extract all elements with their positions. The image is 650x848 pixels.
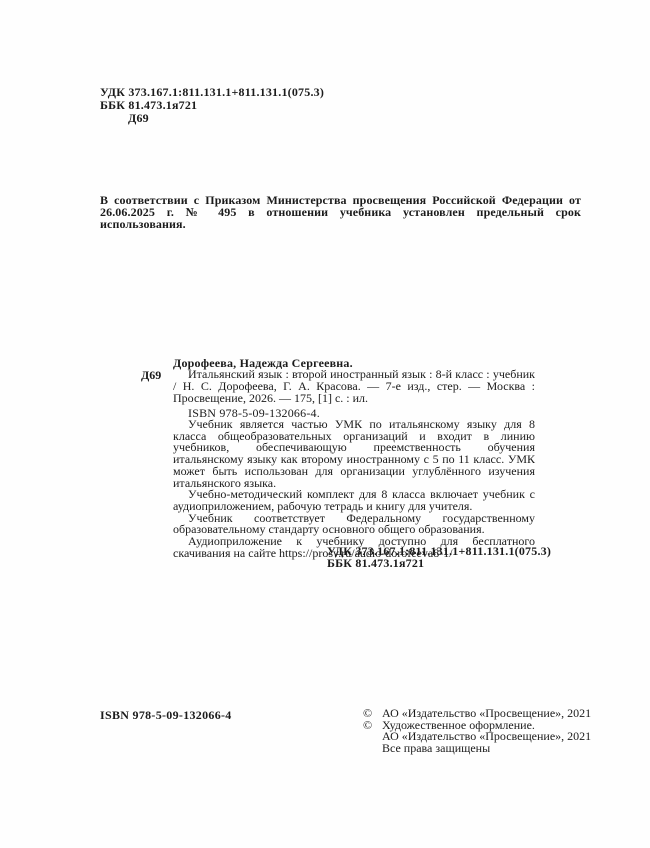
- copyright-symbol: [363, 731, 382, 743]
- copyright-block: © АО «Издательство «Просвещение», 2021 ©…: [363, 708, 591, 754]
- annotation-paragraph-fgos: Учебник соответствует Федеральному госуд…: [173, 513, 535, 536]
- annotation-paragraph-umk: Учебник является частью УМК по итальянск…: [173, 419, 535, 489]
- author-sign: Д69: [128, 112, 324, 125]
- footer-isbn: ISBN 978-5-09-132066-4: [100, 708, 232, 723]
- annotation-block: Учебник является частью УМК по итальянск…: [173, 419, 535, 559]
- bottom-classification-codes: УДК 373.167.1:811.131.1+811.131.1(075.3)…: [327, 546, 551, 570]
- usage-term-notice: В соответствии с Приказом Министерства п…: [100, 194, 581, 231]
- card-author-sign: Д69: [141, 369, 161, 381]
- card-bibliographic-description: Итальянский язык : второй иностранный яз…: [173, 369, 535, 404]
- annotation-paragraph-kit: Учебно-методический комплект для 8 класс…: [173, 489, 535, 512]
- bottom-bbk-code: ББК 81.473.1я721: [327, 558, 551, 570]
- catalog-card: Д69 Дорофеева, Надежда Сергеевна. Италья…: [141, 357, 535, 419]
- copyright-line: Все права защищены: [363, 743, 591, 755]
- book-imprint-page: УДК 373.167.1:811.131.1+811.131.1(075.3)…: [0, 0, 650, 848]
- copyright-text: Все права защищены: [382, 743, 490, 755]
- copyright-symbol: [363, 743, 382, 755]
- copyright-symbol: ©: [363, 720, 382, 732]
- top-classification-codes: УДК 373.167.1:811.131.1+811.131.1(075.3)…: [100, 86, 324, 125]
